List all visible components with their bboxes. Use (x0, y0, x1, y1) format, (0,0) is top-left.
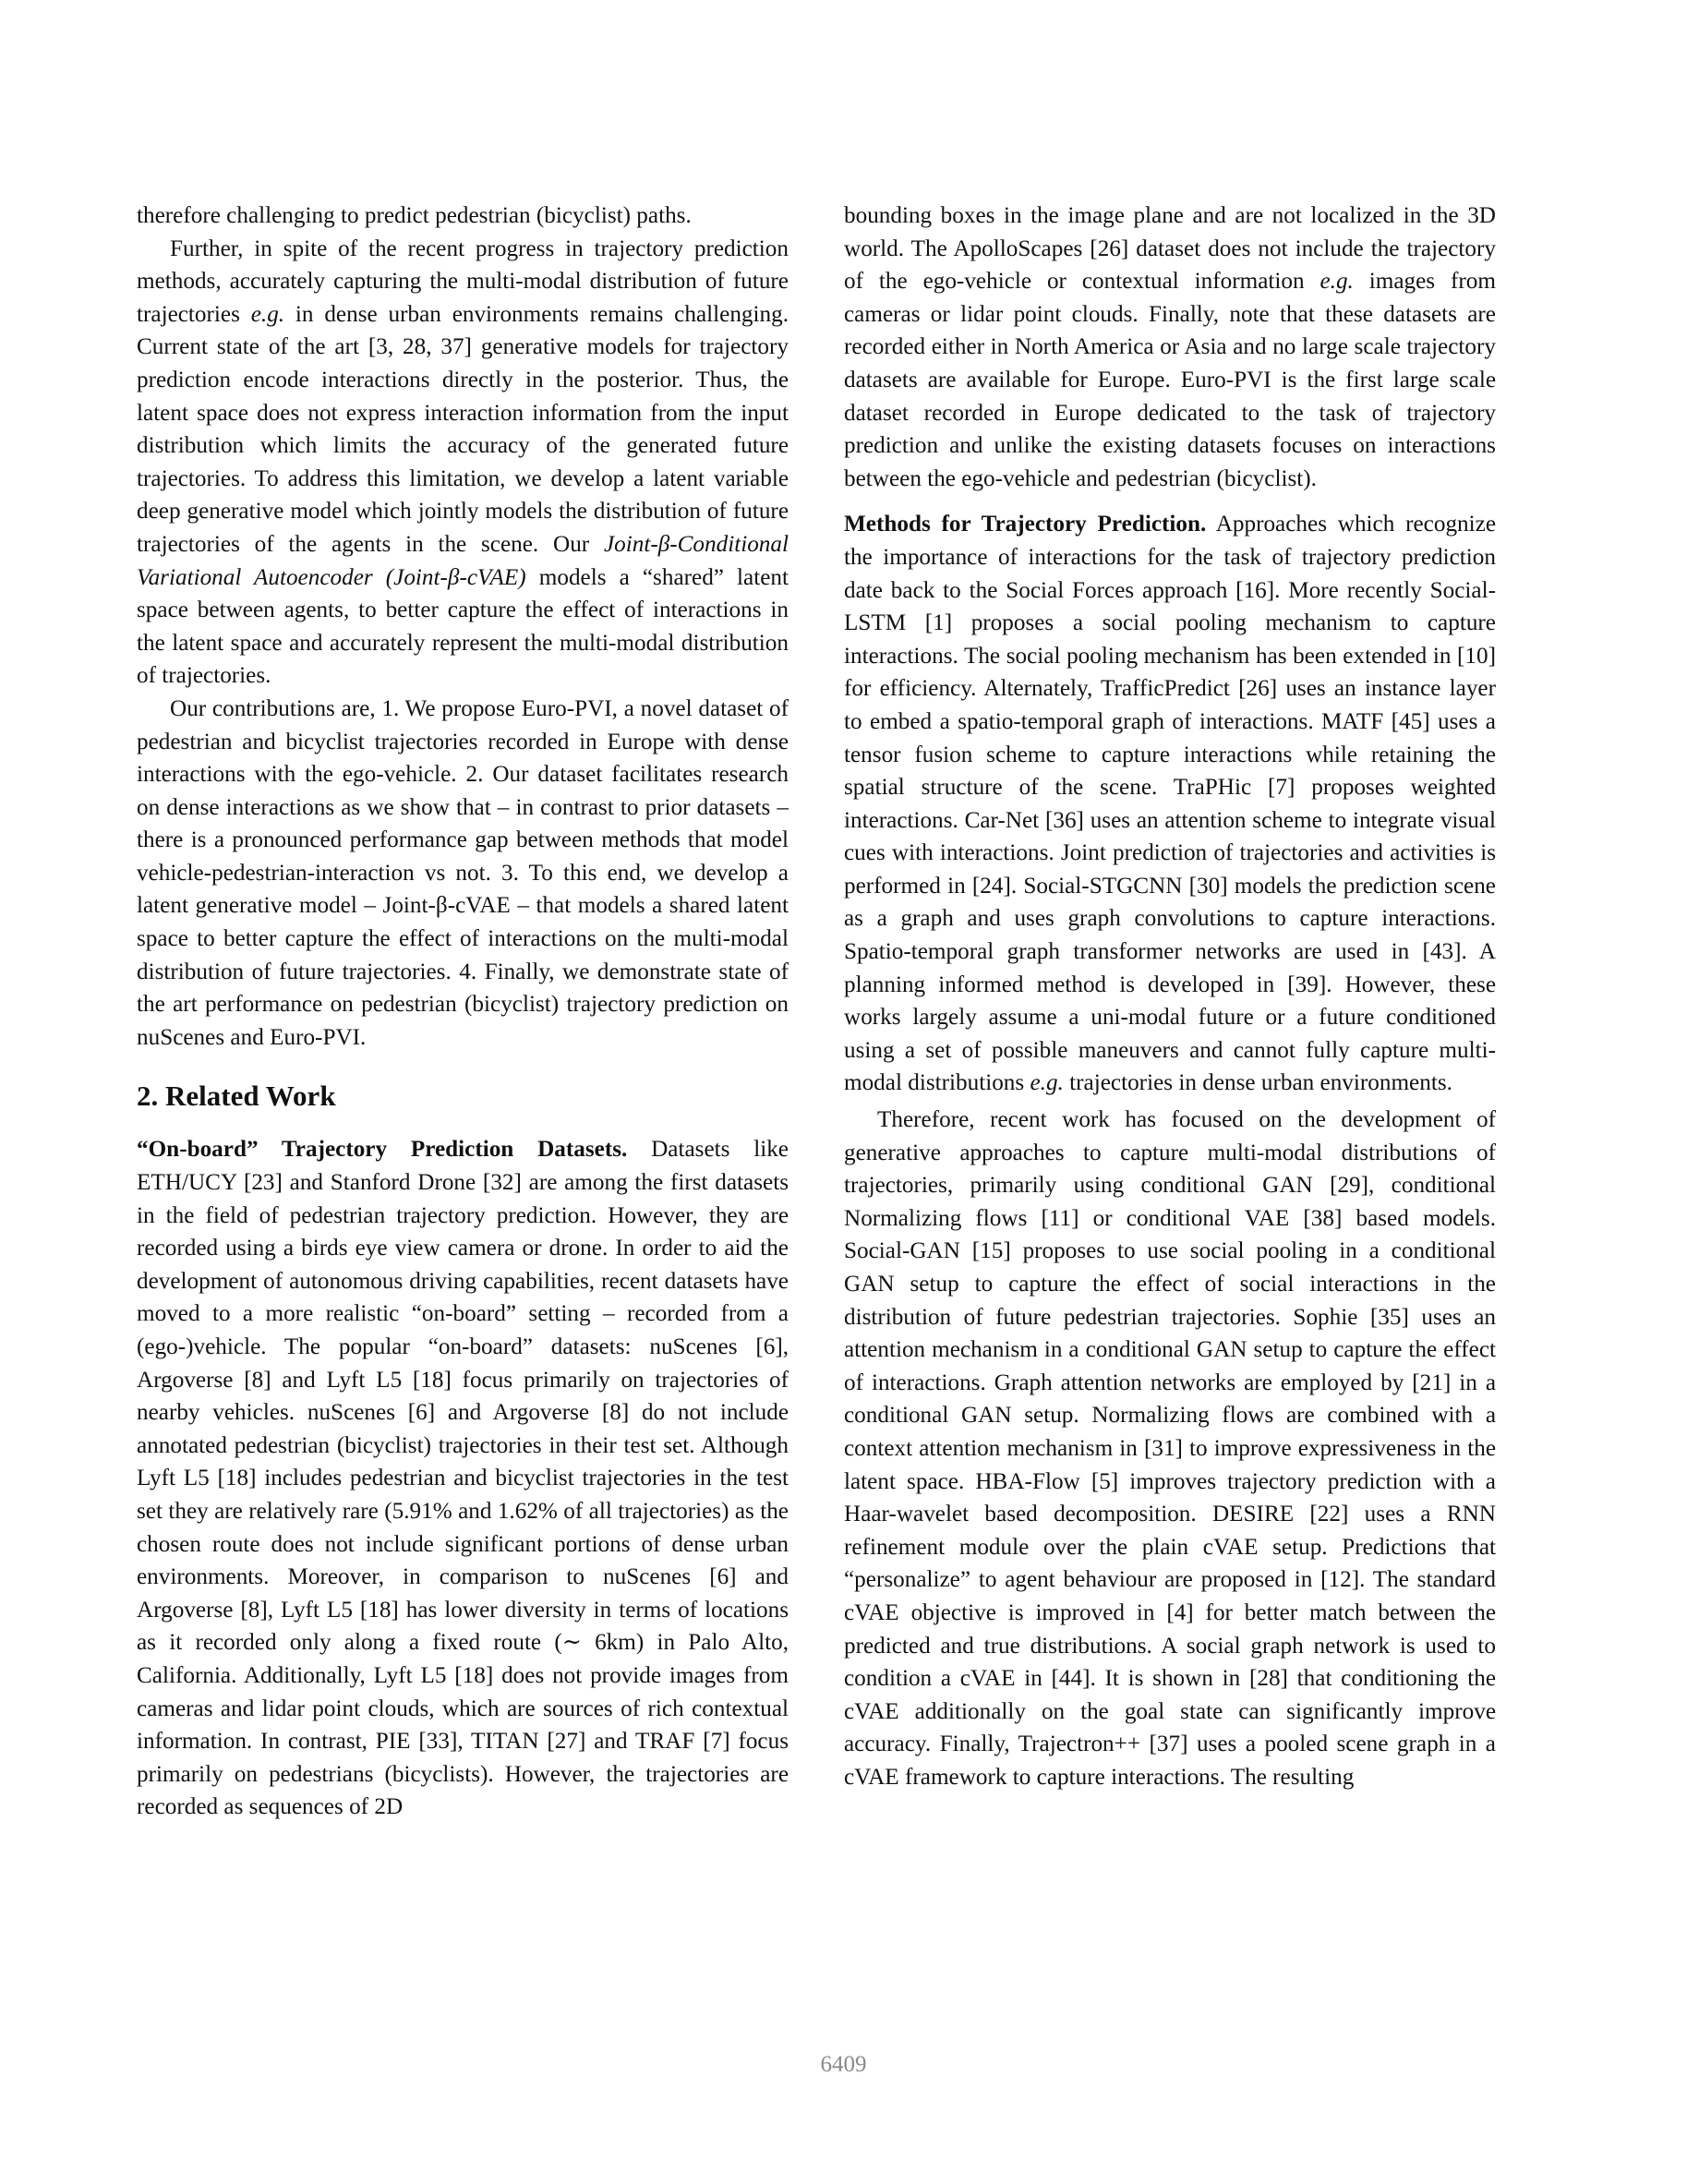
italic-eg: e.g. (1030, 1070, 1064, 1095)
left-column: therefore challenging to predict pedestr… (137, 199, 789, 1824)
paragraph-heading-methods: Methods for Trajectory Prediction. (844, 512, 1206, 537)
paragraph-datasets-continuation: bounding boxes in the image plane and ar… (844, 199, 1496, 495)
text: therefore challenging to predict pedestr… (137, 203, 692, 228)
page-number: 6409 (0, 2052, 1687, 2078)
paragraph-methods: Methods for Trajectory Prediction. Appro… (844, 508, 1496, 1100)
text: trajectories in dense urban environments… (1064, 1070, 1452, 1095)
text: Our contributions are, 1. We propose Eur… (137, 696, 789, 1050)
paper-page: therefore challenging to predict pedestr… (0, 0, 1687, 2184)
text: in dense urban environments remains chal… (137, 302, 789, 557)
italic-eg: e.g. (251, 302, 284, 327)
right-column: bounding boxes in the image plane and ar… (844, 199, 1496, 1794)
text: images from cameras or lidar point cloud… (844, 269, 1496, 491)
text: Approaches which recognize the importanc… (844, 512, 1496, 1095)
text: Datasets like ETH/UCY [23] and Stanford … (137, 1137, 789, 1819)
paragraph-onboard-datasets: “On-board” Trajectory Prediction Dataset… (137, 1133, 789, 1823)
paragraph-generative-approaches: Therefore, recent work has focused on th… (844, 1104, 1496, 1793)
paragraph-intro-limitations: Further, in spite of the recent progress… (137, 233, 789, 693)
section-heading-related-work: 2. Related Work (137, 1080, 789, 1113)
paragraph-intro-continuation: therefore challenging to predict pedestr… (137, 199, 789, 233)
paragraph-contributions: Our contributions are, 1. We propose Eur… (137, 693, 789, 1055)
italic-eg: e.g. (1319, 269, 1353, 294)
paragraph-heading-onboard-datasets: “On-board” Trajectory Prediction Dataset… (137, 1137, 627, 1162)
text: Therefore, recent work has focused on th… (844, 1107, 1496, 1790)
